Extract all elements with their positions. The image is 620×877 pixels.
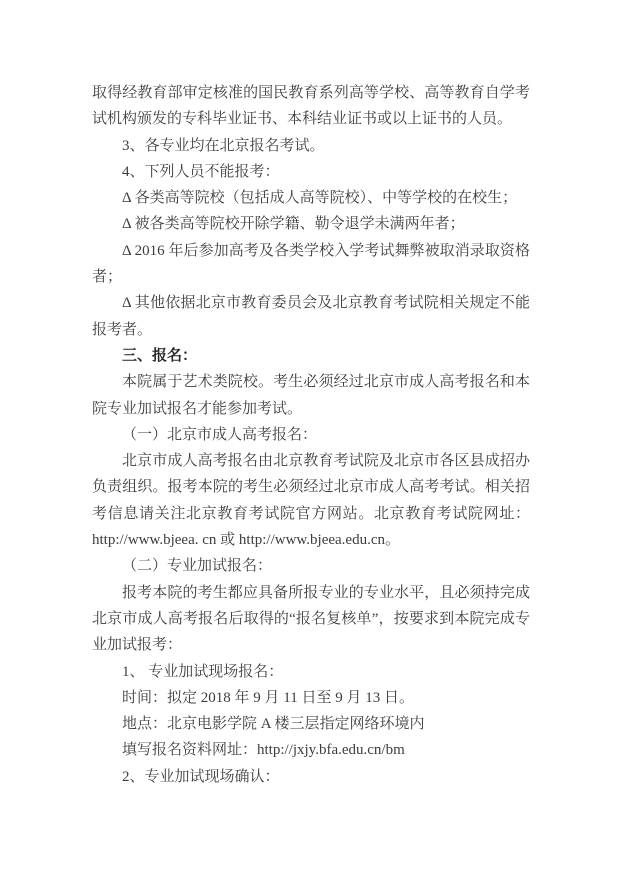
item-2-onsite-confirmation: 2、专业加试现场确认： [92,764,530,790]
subheading-adult-gaokao-registration: （一）北京市成人高考报名： [92,422,530,448]
bullet-exam-cheating-2016: Δ 2016 年后参加高考及各类学校入学考试舞弊被取消录取资格者； [92,238,530,291]
section-heading-registration: 三、报名： [92,343,530,369]
paragraph-major-test-requirements: 报考本院的考生都应具备所报专业的专业水平，且必须持完成北京市成人高考报名后取得的… [92,580,530,659]
bullet-other-regulations: Δ 其他依据北京市教育委员会及北京教育考试院相关规定不能报考者。 [92,290,530,343]
paragraph-eligibility-certificates: 取得经教育部审定核准的国民教育系列高等学校、高等教育自学考试机构颁发的专科毕业证… [92,80,530,133]
paragraph-adult-gaokao-details: 北京市成人高考报名由北京教育考试院及北京市各区县成招办负责组织。报考本院的考生必… [92,448,530,553]
line-registration-location: 地点：北京电影学院 A 楼三层指定网络环境内 [92,711,530,737]
line-registration-time: 时间：拟定 2018 年 9 月 11 日至 9 月 13 日。 [92,685,530,711]
bullet-expelled-students: Δ 被各类高等院校开除学籍、勒令退学未满两年者； [92,211,530,237]
paragraph-art-school-note: 本院属于艺术类院校。考生必须经过北京市成人高考报名和本院专业加试报名才能参加考试… [92,369,530,422]
line-registration-url: 填写报名资料网址：http://jxjy.bfa.edu.cn/bm [92,737,530,763]
item-1-onsite-registration: 1、 专业加试现场报名： [92,659,530,685]
bullet-current-students: Δ 各类高等院校（包括成人高等院校）、中等学校的在校生； [92,185,530,211]
subheading-major-test-registration: （二）专业加试报名： [92,553,530,579]
document-content: 取得经教育部审定核准的国民教育系列高等学校、高等教育自学考试机构颁发的专科毕业证… [92,80,530,790]
item-4-ineligible-header: 4、下列人员不能报考： [92,159,530,185]
item-3-register-in-beijing: 3、各专业均在北京报名考试。 [92,133,530,159]
document-page: 取得经教育部审定核准的国民教育系列高等学校、高等教育自学考试机构颁发的专科毕业证… [0,0,620,877]
